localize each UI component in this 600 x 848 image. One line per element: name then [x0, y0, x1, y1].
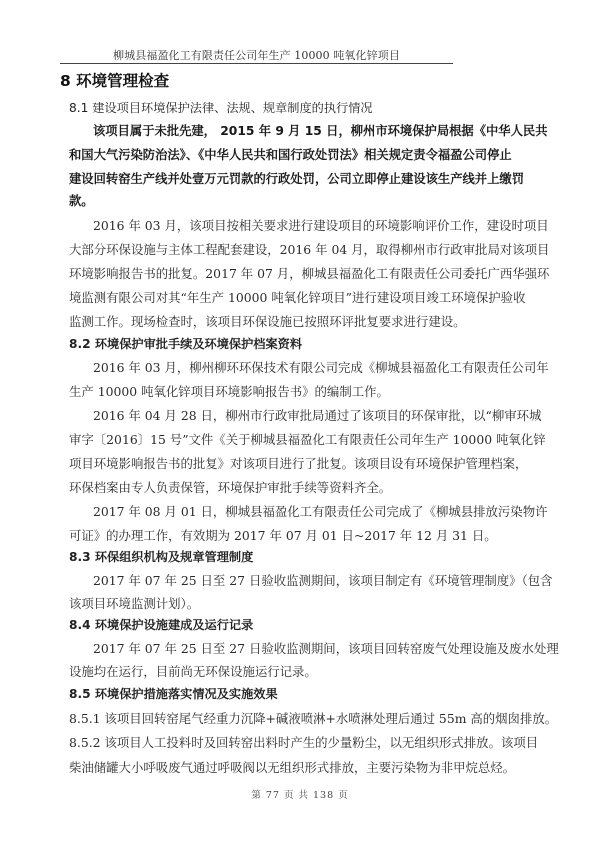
bold-paragraph-line: 款。: [69, 191, 94, 209]
section-heading-8-1: 8.1 建设项目环境保护法律、法规、规章制度的执行情况: [69, 99, 373, 116]
paragraph-line: 审字〔2016〕15 号”文件《关于柳城县福盈化工有限责任公司年生产 10000…: [69, 430, 546, 448]
paragraph-line: 项目环境影响报告书的批复》对该项目进行了批复。该项目设有环境保护管理档案，: [69, 454, 527, 472]
header-divider: [60, 63, 453, 64]
paragraph-line: 2016 年 04 月 28 日，柳州市行政审批局通过了该项目的环保审批，以“柳…: [93, 406, 541, 424]
chapter-title: 8 环境管理检查: [60, 69, 169, 91]
running-header: 柳城县福盈化工有限责任公司年生产 10000 吨氧化锌项目: [60, 47, 453, 63]
page-number: 第 77 页 共 138 页: [0, 787, 600, 801]
list-item: 柴油储罐大小呼吸废气通过呼吸阀以无组织形式排放，主要污染物为非甲烷总烃。: [69, 758, 515, 776]
paragraph-line: 可证》的办理工作，有效期为 2017 年 07 月 01 日~2017 年 12…: [69, 526, 497, 544]
section-heading-8-5: 8.5 环境保护措施落实情况及实施效果: [69, 685, 278, 702]
paragraph-line: 2017 年 07 年 25 日至 27 日验收监测期间，该项目回转窑废气处理设…: [93, 639, 559, 657]
paragraph-line: 监测工作。现场检查时，该项目环保设施已按照环评批复要求进行建设。: [69, 312, 466, 330]
bold-paragraph-line: 建设回转窑生产线并处壹万元罚款的行政处罚，公司立即停止建设该生产线并上缴罚: [69, 169, 524, 187]
paragraph-line: 生产 10000 吨氧化锌项目环境影响报告书》的编制工作。: [69, 382, 389, 400]
paragraph-line: 环保档案由专人负责保管，环境保护审批手续等资料齐全。: [69, 478, 391, 496]
paragraph-line: 2016 年 03 月，该项目按相关要求进行建设项目的环境影响评价工作，建设时项…: [93, 216, 549, 234]
paragraph-line: 该项目环境监测计划）。: [69, 594, 199, 612]
paragraph-line: 环境影响报告书的批复。2017 年 07 月，柳城县福盈化工有限责任公司委托广西…: [69, 264, 549, 282]
paragraph-line: 境监测有限公司对其“年生产 10000 吨氧化锌项目”进行建设项目竣工环境保护验…: [69, 288, 525, 306]
section-heading-8-3: 8.3 环保组织机构及规章管理制度: [69, 548, 253, 565]
paragraph-line: 大部分环保设施与主体工程配套建设，2016 年 04 月，取得柳州市行政审批局对…: [69, 240, 549, 258]
paragraph-line: 设施均在运行，目前尚无环保设施运行记录。: [69, 662, 317, 680]
paragraph-line: 2016 年 03 月，柳州柳环环保技术有限公司完成《柳城县福盈化工有限责任公司…: [93, 358, 549, 376]
list-item: 8.5.1 该项目回转窑尾气经重力沉降+碱液喷淋+水喷淋处理后通过 55m 高的…: [69, 709, 557, 727]
section-heading-8-2: 8.2 环境保护审批手续及环境保护档案资料: [69, 335, 302, 352]
bold-paragraph-line: 和国大气污染防治法》、《中华人民共和国行政处罚法》相关规定责令福盈公司停止: [69, 145, 512, 163]
paragraph-line: 2017 年 08 月 01 日，柳城县福盈化工有限责任公司完成了《柳城县排放污…: [93, 502, 547, 520]
section-heading-8-4: 8.4 环境保护设施建成及运行记录: [69, 616, 253, 633]
paragraph-line: 2017 年 07 年 25 日至 27 日验收监测期间，该项目制定有《环境管理…: [93, 571, 553, 589]
bold-paragraph-line: 该项目属于未批先建， 2015 年 9 月 15 日，柳州市环境保护局根据《中华…: [93, 121, 548, 139]
list-item: 8.5.2 该项目人工投料时及回转窑出料时产生的少量粉尘，以无组织形式排放。该项…: [69, 733, 538, 751]
